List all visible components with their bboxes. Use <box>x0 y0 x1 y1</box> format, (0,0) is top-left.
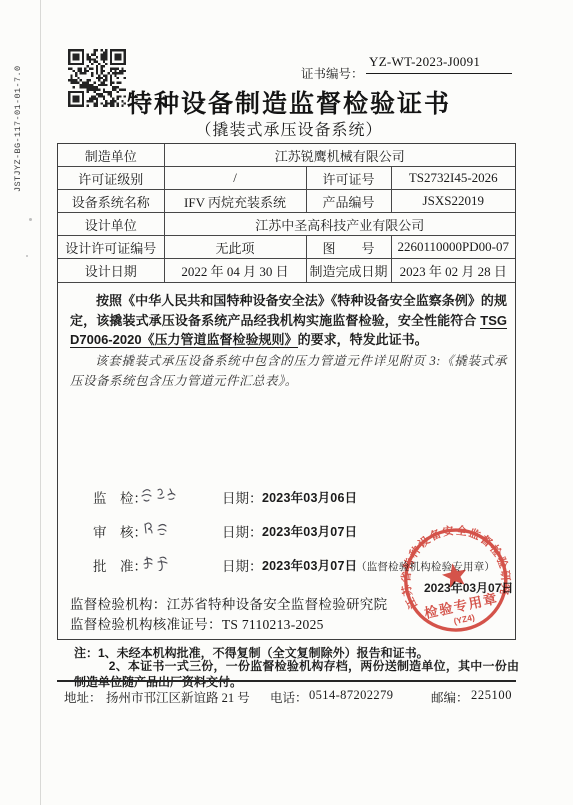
inspector-label: 监 检： <box>93 487 147 507</box>
mfg-complete-date-label: 制造完成日期 <box>306 259 391 282</box>
manufacturer-value: 江苏锐鹰机械有限公司 <box>164 144 515 167</box>
design-license-label: 设计许可证编号 <box>58 236 164 259</box>
agency-name: 江苏省特种设备安全监督检验研究院 <box>167 597 388 612</box>
table-row: 设计单位 江苏中圣高科技产业有限公司 <box>58 213 515 236</box>
certificate-info-table: 制造单位 江苏锐鹰机械有限公司 许可证级别 / 许可证号 TS2732I45-2… <box>58 144 515 283</box>
approver-label: 批 准： <box>93 555 147 575</box>
inspector-signature-handwriting <box>140 485 184 503</box>
table-row: 制造单位 江苏锐鹰机械有限公司 <box>58 144 515 167</box>
certificate-page: JSTJYZ-BG-117-01-01-7.0 证书编号： YZ-WT-2023… <box>0 0 573 805</box>
approver-signature-handwriting <box>140 553 184 571</box>
agency-cert-label: 监督检验机构核准证号： <box>70 617 222 632</box>
table-row: 许可证级别 / 许可证号 TS2732I45-2026 <box>58 167 515 190</box>
license-no-value: TS2732I45-2026 <box>391 167 515 190</box>
address-label: 地址： <box>64 688 102 706</box>
phone-label: 电话： <box>270 688 308 706</box>
design-unit-label: 设计单位 <box>58 213 164 236</box>
appendix-note-paragraph: 该套撬装式承压设备系统中包含的压力管道元件详见附页 3:《撬装式承压设备系统包含… <box>70 351 507 391</box>
scan-speck <box>29 218 32 221</box>
drawing-no-label: 图 号 <box>306 236 391 259</box>
license-no-label: 许可证号 <box>306 167 391 190</box>
mfg-complete-date-value: 2023 年 02 月 28 日 <box>391 259 515 282</box>
reviewer-label: 审 核： <box>93 521 147 541</box>
document-code-vertical: JSTJYZ-BG-117-01-01-7.0 <box>13 65 23 192</box>
agency-line1: 监督检验机构：江苏省特种设备安全监督检验研究院 <box>70 595 387 615</box>
phone-value: 0514-87202279 <box>309 688 393 703</box>
statement-prefix: 按照《中华人民共和国特种设备安全法》《特种设备安全监察条例》的规定，该撬装式承压… <box>70 293 507 328</box>
table-row: 设计日期 2022 年 04 月 30 日 制造完成日期 2023 年 02 月… <box>58 259 515 282</box>
table-row: 设备系统名称 IFV 丙烷充装系统 产品编号 JSXS22019 <box>58 190 515 213</box>
cert-number-value: YZ-WT-2023-J0091 <box>366 54 512 74</box>
reviewer-date: 2023年03月07日 <box>262 522 357 540</box>
manufacturer-label: 制造单位 <box>58 144 164 167</box>
product-no-value: JSXS22019 <box>391 190 515 213</box>
design-date-value: 2022 年 04 月 30 日 <box>164 259 306 282</box>
approver-date: 2023年03月07日 <box>262 556 357 574</box>
zip-value: 225100 <box>471 688 512 703</box>
scan-speck <box>26 255 28 257</box>
system-name-label: 设备系统名称 <box>58 190 164 213</box>
address-value: 扬州市邗江区新谊路 21 号 <box>106 688 250 706</box>
design-unit-value: 江苏中圣高科技产业有限公司 <box>164 213 515 236</box>
footer-divider <box>57 680 516 682</box>
zip-label: 邮编： <box>431 688 469 706</box>
design-date-label: 设计日期 <box>58 259 164 282</box>
note-2: 2、本证书一式三份，一份监督检验机构存档，两份送制造单位，其中一份由制造单位随产… <box>74 659 519 690</box>
star-icon <box>440 561 469 589</box>
agency-info: 监督检验机构：江苏省特种设备安全监督检验研究院 监督检验机构核准证号：TS 71… <box>70 595 387 634</box>
inspector-date-label: 日期： <box>222 487 263 507</box>
statement-suffix: 的要求，特发此证书。 <box>298 332 428 347</box>
approver-date-label: 日期： <box>222 555 263 575</box>
reviewer-signature-row: 审 核： 日期： 2023年03月07日 <box>93 521 423 539</box>
license-level-value: / <box>164 167 306 190</box>
footer-contact-row: 地址： 扬州市邗江区新谊路 21 号 电话： 0514-87202279 邮编：… <box>0 688 573 706</box>
cert-number-label: 证书编号： <box>301 64 364 82</box>
inspector-date: 2023年03月06日 <box>262 488 357 506</box>
inspector-signature-row: 监 检： 日期： 2023年03月06日 <box>93 487 423 505</box>
inspection-stamp: 江苏省特种设备安全监督检验研究院 检验专用章 (YZ4) <box>382 505 530 658</box>
page-subtitle: （撬装式承压设备系统） <box>58 117 520 140</box>
scan-edge-line <box>40 0 41 805</box>
system-name-value: IFV 丙烷充装系统 <box>164 190 306 213</box>
license-level-label: 许可证级别 <box>58 167 164 190</box>
drawing-no-value: 2260110000PD00-07 <box>391 236 515 259</box>
design-license-value: 无此项 <box>164 236 306 259</box>
statement-paragraph: 按照《中华人民共和国特种设备安全法》《特种设备安全监察条例》的规定，该撬装式承压… <box>70 291 507 350</box>
product-no-label: 产品编号 <box>306 190 391 213</box>
agency-line2: 监督检验机构核准证号：TS 7110213-2025 <box>70 615 387 635</box>
reviewer-signature-handwriting <box>140 519 184 537</box>
agency-cert-no: TS 7110213-2025 <box>222 617 324 632</box>
reviewer-date-label: 日期： <box>222 521 263 541</box>
page-title: 特种设备制造监督检验证书 <box>58 84 520 120</box>
table-row: 设计许可证编号 无此项 图 号 2260110000PD00-07 <box>58 236 515 259</box>
agency-label: 监督检验机构： <box>70 597 167 612</box>
